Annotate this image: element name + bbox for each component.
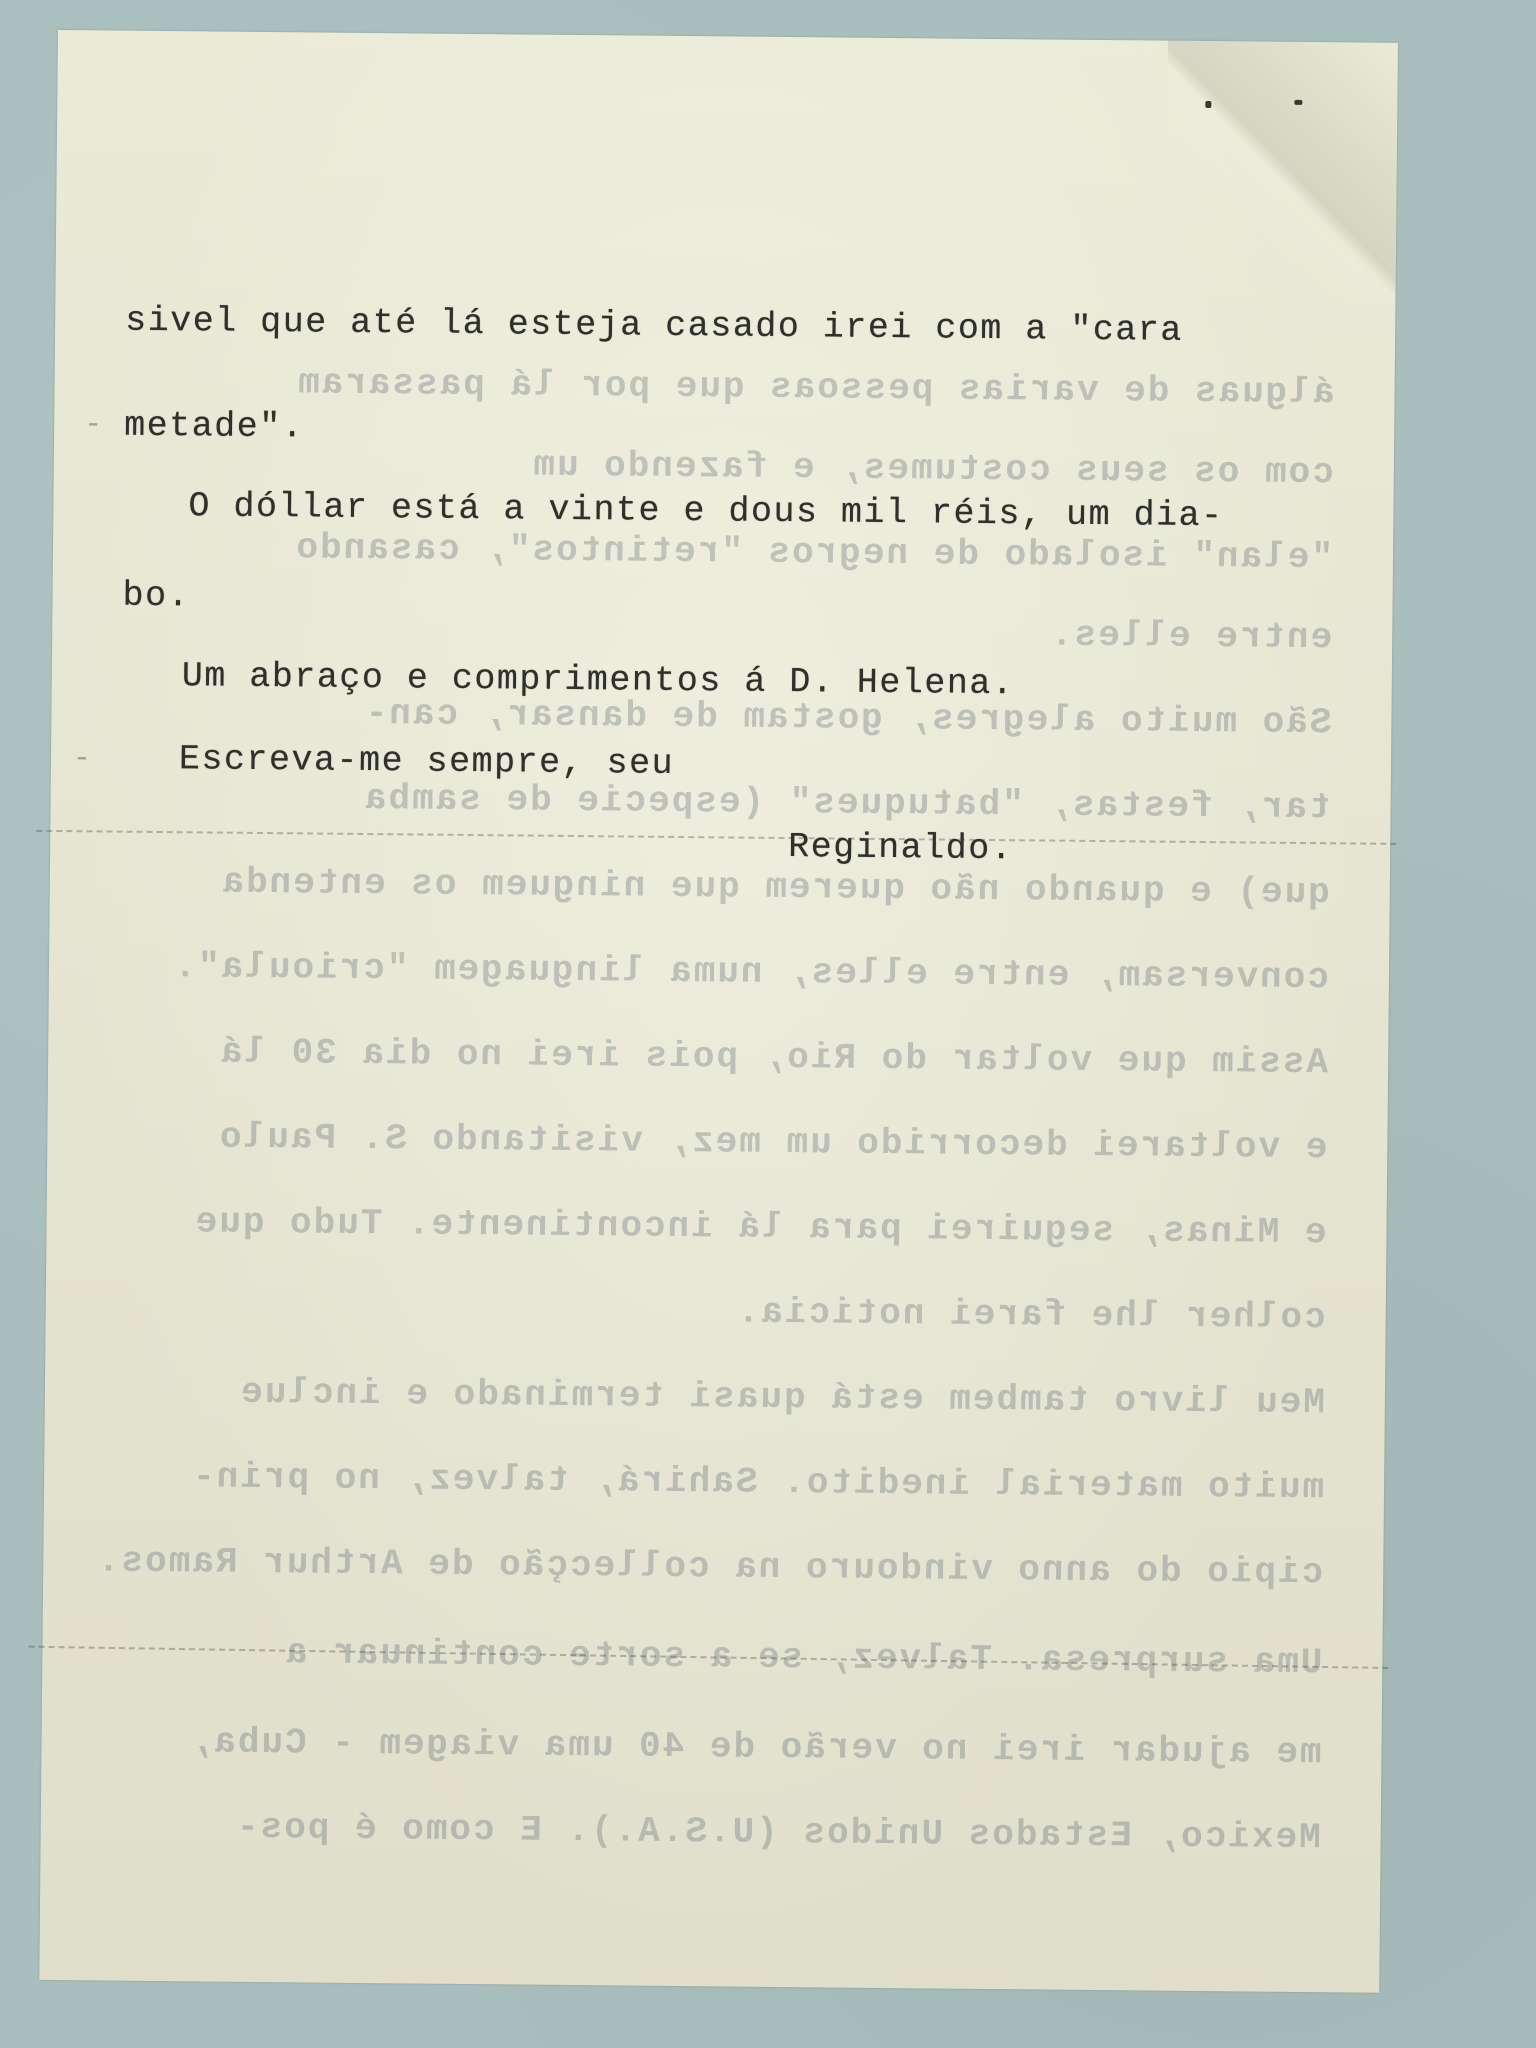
margin-dash: - (73, 742, 91, 776)
letter-page: álguas de varias pessoas que por lá pass… (39, 30, 1398, 1993)
bleed-line: que) e quando não querem que ninguem os … (70, 860, 1330, 913)
margin-dash: - (84, 408, 102, 442)
bleed-line: muito material inedito. Sahirá, talvez, … (64, 1455, 1324, 1508)
bleed-line: Meu livro tambem está quasi terminado e … (65, 1370, 1325, 1423)
bleed-line: tar, festas, "batuques" (especie de samb… (70, 775, 1330, 828)
bleed-line: Assim que voltar do Rio, pois irei no di… (68, 1030, 1328, 1083)
letter-line: sivel que até lá esteja casado irei com … (125, 301, 1183, 351)
bleed-line: colher lhe farei noticia. (66, 1285, 1326, 1338)
letter-line: bo. (122, 576, 190, 617)
bleed-line: e Minas, seguirei para lá incontinente. … (66, 1200, 1326, 1253)
bleed-line: conversam, entre elles, numa linguagem "… (69, 945, 1329, 998)
letter-line: Escreva-me sempre, seu (179, 739, 674, 784)
bleed-line: e voltarei decorrido um mez, visitando S… (67, 1115, 1327, 1168)
bleed-line: com os seus costumes, e fazendo um (74, 440, 1334, 493)
bleed-line: entre elles. (72, 605, 1332, 658)
bleed-line: álguas de varias pessoas que por lá pass… (74, 360, 1334, 413)
bleed-line: cipio do anno vindouro na collecção de A… (63, 1540, 1323, 1593)
fold-crease (36, 830, 1396, 845)
bleed-line: Mexico, Estados Unidos (U.S.A.). E como … (61, 1805, 1321, 1858)
fold-crease (28, 1646, 1388, 1669)
letter-line: O dóllar está a vinte e dous mil réis, u… (188, 486, 1224, 536)
folded-corner (1165, 41, 1397, 303)
bleed-line: me ajudar irei no verão de 40 uma viagem… (61, 1720, 1321, 1773)
letter-line: metade". (124, 406, 304, 448)
signature: Reginaldo. (788, 827, 1013, 869)
paper-speck (1294, 100, 1302, 105)
letter-line: Um abraço e comprimentos á D. Helena. (182, 656, 1015, 704)
paper-speck (1205, 101, 1211, 108)
